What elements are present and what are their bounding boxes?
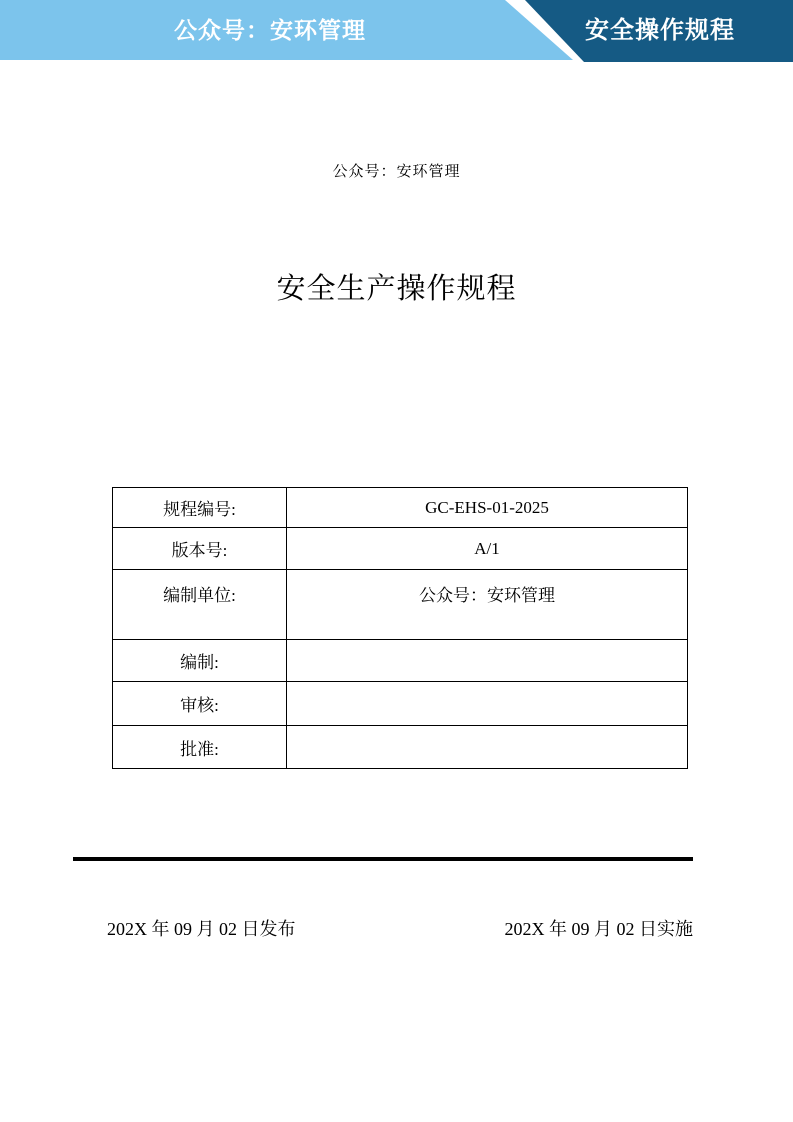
row-label-cell: 规程编号: — [113, 488, 287, 528]
row-value-cell — [287, 640, 688, 682]
document-page: 公众号：安环管理 安全操作规程 公众号：安环管理 安全生产操作规程 规程编号: … — [0, 0, 793, 1122]
separator-line — [73, 857, 693, 861]
banner-doc-type-label: 安全操作规程 — [565, 0, 755, 62]
row-value-cell: GC-EHS-01-2025 — [287, 488, 688, 528]
document-info-table: 规程编号: GC-EHS-01-2025 版本号: A/1 编制单位: 公众号：… — [112, 487, 688, 769]
banner-account-label: 公众号：安环管理 — [0, 0, 540, 60]
account-line-text: 公众号：安环管理 — [0, 160, 793, 181]
row-label-cell: 版本号: — [113, 528, 287, 570]
table-row: 规程编号: GC-EHS-01-2025 — [113, 488, 688, 528]
row-value-cell: 公众号：安环管理 — [287, 570, 688, 640]
implement-date-text: 202X 年 09 月 02 日实施 — [505, 915, 694, 941]
table-row: 编制单位: 公众号：安环管理 — [113, 570, 688, 640]
table-row: 版本号: A/1 — [113, 528, 688, 570]
row-value-cell — [287, 726, 688, 769]
table-row: 批准: — [113, 726, 688, 769]
row-value-cell: A/1 — [287, 528, 688, 570]
table-row: 编制: — [113, 640, 688, 682]
footer-dates: 202X 年 09 月 02 日发布 202X 年 09 月 02 日实施 — [107, 915, 693, 941]
page-title: 安全生产操作规程 — [0, 266, 793, 307]
row-label-cell: 编制: — [113, 640, 287, 682]
row-label-cell: 编制单位: — [113, 570, 287, 640]
table-row: 审核: — [113, 682, 688, 726]
row-label-cell: 批准: — [113, 726, 287, 769]
release-date-text: 202X 年 09 月 02 日发布 — [107, 915, 296, 941]
header-banner: 公众号：安环管理 安全操作规程 — [0, 0, 793, 62]
row-label-cell: 审核: — [113, 682, 287, 726]
row-value-cell — [287, 682, 688, 726]
